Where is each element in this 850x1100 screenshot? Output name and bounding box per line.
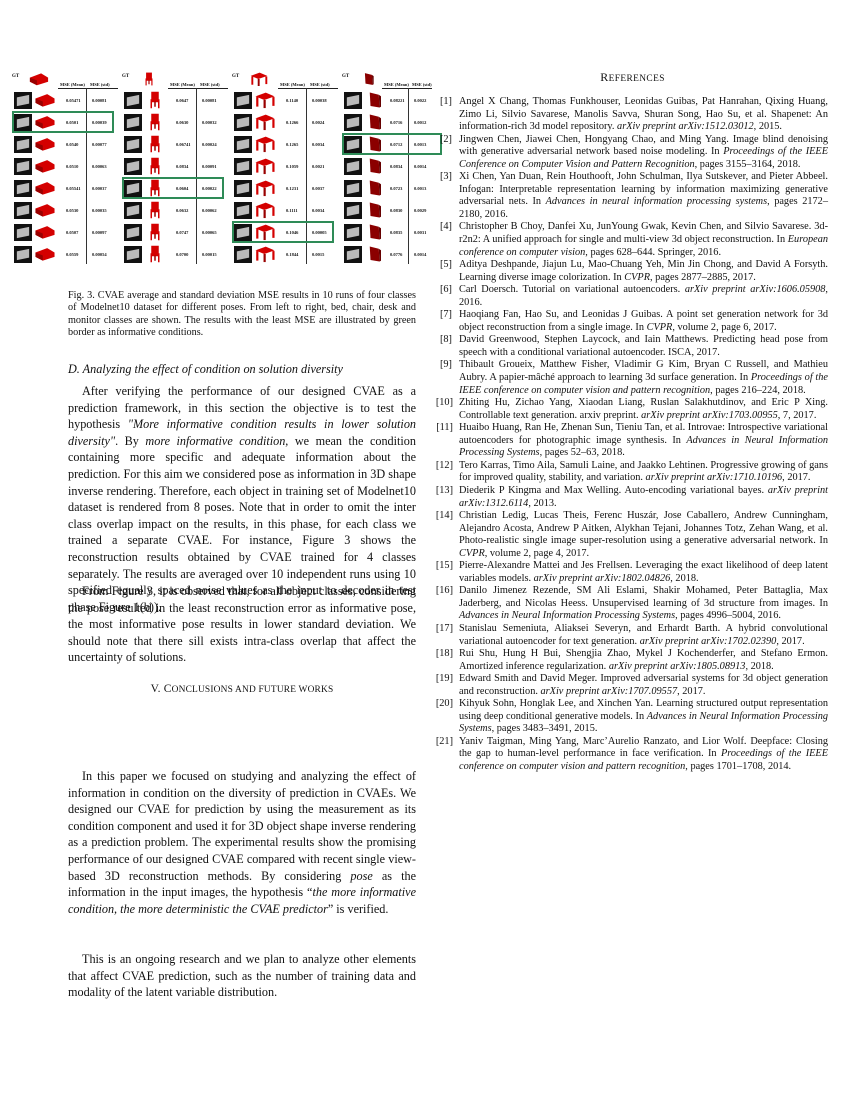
- text: . By: [115, 434, 145, 448]
- mse-std-header: MSE (std): [200, 82, 220, 87]
- gt-label: GT: [122, 74, 129, 79]
- reconstruction-image: [364, 157, 386, 175]
- depth-image: [14, 180, 32, 197]
- mse-mean-value: 0.0835: [390, 230, 402, 235]
- depth-image: [234, 136, 252, 153]
- pose-row: 0.055410.00037: [12, 178, 120, 200]
- reference-number: [2]: [434, 134, 456, 147]
- mse-std-value: 0.00065: [202, 230, 217, 235]
- reference-item: [18]Rui Shu, Hung H Bui, Shengjia Zhao, …: [437, 648, 828, 673]
- pose-row: 0.08300.0029: [342, 200, 434, 222]
- mse-mean-value: 0.05541: [66, 186, 81, 191]
- mse-std-value: 0.00038: [312, 98, 327, 103]
- depth-image: [234, 114, 252, 131]
- reference-venue: arXiv preprint arXiv:1802.04826: [534, 573, 671, 584]
- depth-image: [234, 92, 252, 109]
- ground-truth-bed-image: [26, 72, 52, 86]
- mse-mean-value: 0.0647: [176, 98, 188, 103]
- mse-std-header: MSE (std): [310, 82, 330, 87]
- reconstruction-image: [34, 179, 56, 197]
- mse-std-value: 0.0037: [312, 186, 324, 191]
- reference-venue: arXiv preprint arXiv:1702.02390: [640, 636, 777, 647]
- reference-text: , 2013.: [528, 498, 556, 509]
- pose-row: 0.05400.00077: [12, 134, 120, 156]
- mse-std-value: 0.0014: [414, 164, 426, 169]
- mse-std-value: 0.0034: [312, 142, 324, 147]
- depth-image: [344, 158, 362, 175]
- depth-image: [14, 136, 32, 153]
- figure-panel-bed: GTMSE (Mean)MSE (std)0.054710.000810.050…: [12, 72, 120, 267]
- reference-number: [13]: [429, 485, 457, 498]
- reference-item: [15]Pierre-Alexandre Mattei and Jes Frel…: [437, 560, 828, 585]
- reference-venue: CVPR: [459, 548, 485, 559]
- reference-number: [16]: [429, 585, 457, 598]
- mse-mean-value: 0.1266: [286, 120, 298, 125]
- reference-item: [20]Kihyuk Sohn, Honglak Lee, and Xinche…: [437, 698, 828, 736]
- reference-text: , pages 52–63, 2018.: [540, 447, 625, 458]
- reconstruction-image: [34, 91, 56, 109]
- pose-row: 0.05070.00097: [12, 222, 120, 244]
- depth-image: [124, 224, 142, 241]
- reconstruction-image: [254, 179, 276, 197]
- mse-mean-value: 0.0632: [176, 208, 188, 213]
- reference-item: [17]Stanislau Semeniuta, Aliaksei Severy…: [437, 623, 828, 648]
- pose-row: 0.06320.00062: [122, 200, 230, 222]
- mse-std-value: 0.00054: [92, 252, 107, 257]
- reference-number: [14]: [429, 510, 457, 523]
- mse-mean-value: 0.05471: [66, 98, 81, 103]
- section-d-paragraph-2: From Figure 3, it is observed that, for …: [68, 583, 416, 666]
- reference-item: [3]Xi Chen, Yan Duan, Rein Houthooft, Jo…: [437, 171, 828, 221]
- reference-number: [3]: [434, 171, 456, 184]
- mse-std-value: 0.00032: [202, 120, 217, 125]
- mse-mean-header: MSE (Mean): [170, 82, 195, 87]
- pose-row: 0.06300.00032: [122, 112, 230, 134]
- reconstruction-image: [254, 135, 276, 153]
- reference-item: [12]Tero Karras, Timo Aila, Samuli Laine…: [437, 460, 828, 485]
- reference-venue: CVPR: [624, 272, 650, 283]
- mse-mean-value: 0.0507: [66, 230, 78, 235]
- reference-text: , pages 4996–5004, 2016.: [675, 610, 781, 621]
- mse-mean-value: 0.0834: [390, 164, 402, 169]
- mse-mean-value: 0.0530: [66, 208, 78, 213]
- reference-number: [11]: [429, 422, 457, 435]
- reference-text: Carl Doersch. Tutorial on variational au…: [459, 284, 685, 295]
- mse-mean-header: MSE (Mean): [280, 82, 305, 87]
- pose-row: 0.07760.0014: [342, 244, 434, 266]
- mse-std-value: 0.0034: [312, 208, 324, 213]
- reference-number: [1]: [434, 96, 456, 109]
- figure-panel-chair: GTMSE (Mean)MSE (std)0.06470.000810.0630…: [122, 72, 230, 267]
- reference-item: [13]Diederik P Kingma and Max Welling. A…: [437, 485, 828, 510]
- mse-mean-value: 0.0723: [390, 186, 402, 191]
- pose-row: 0.07230.0013: [342, 178, 434, 200]
- reference-item: [6]Carl Doersch. Tutorial on variational…: [437, 284, 828, 309]
- reference-text: , volume 2, page 4, 2017.: [485, 548, 589, 559]
- depth-image: [234, 180, 252, 197]
- section-d-heading: D. Analyzing the effect of condition on …: [68, 362, 343, 377]
- reconstruction-image: [34, 223, 56, 241]
- pose-row: 0.054710.00081: [12, 90, 120, 112]
- depth-image: [344, 246, 362, 263]
- reference-text: , pages 216–224, 2018.: [710, 385, 806, 396]
- reference-text: , 2017.: [782, 472, 810, 483]
- reconstruction-image: [34, 201, 56, 219]
- reconstruction-image: [254, 245, 276, 263]
- mse-mean-value: 0.1844: [286, 252, 298, 257]
- mse-mean-value: 0.1265: [286, 142, 298, 147]
- mse-mean-value: 0.06741: [176, 142, 191, 147]
- mse-std-value: 0.00077: [92, 142, 107, 147]
- mse-mean-value: 0.0716: [390, 120, 402, 125]
- depth-image: [124, 92, 142, 109]
- reference-text: Danilo Jimenez Rezende, SM Ali Eslami, S…: [459, 585, 828, 609]
- depth-image: [344, 202, 362, 219]
- ground-truth-chair-image: [136, 72, 162, 86]
- reconstruction-image: [254, 113, 276, 131]
- reference-number: [6]: [434, 284, 456, 297]
- header-rule: [58, 88, 118, 89]
- mse-mean-value: 0.0747: [176, 230, 188, 235]
- pose-row: 0.07160.0012: [342, 112, 434, 134]
- mse-std-header: MSE (std): [90, 82, 110, 87]
- mse-std-value: 0.0024: [312, 120, 324, 125]
- reference-item: [1]Angel X Chang, Thomas Funkhouser, Leo…: [437, 96, 828, 134]
- title-initial: R: [600, 70, 608, 84]
- pose-row: 0.12660.0024: [232, 112, 340, 134]
- mse-mean-value: 0.1140: [286, 98, 298, 103]
- reference-text: , 7, 2017.: [778, 410, 817, 421]
- reference-item: [19]Edward Smith and David Meger. Improv…: [437, 673, 828, 698]
- reconstruction-image: [254, 201, 276, 219]
- reference-item: [11]Huaibo Huang, Ran He, Zhenan Sun, Ti…: [437, 422, 828, 460]
- mse-std-value: 0.0014: [414, 252, 426, 257]
- mse-mean-value: 0.1059: [286, 164, 298, 169]
- ground-truth-monitor-image: [356, 72, 382, 86]
- reference-number: [7]: [434, 309, 456, 322]
- mse-mean-value: 0.1111: [286, 208, 298, 213]
- reconstruction-image: [364, 223, 386, 241]
- pose-row: 0.07000.00015: [122, 244, 230, 266]
- mse-std-value: 0.00062: [202, 208, 217, 213]
- mse-std-value: 0.00063: [92, 164, 107, 169]
- ground-truth-desk-image: [246, 72, 272, 86]
- reference-number: [12]: [429, 460, 457, 473]
- depth-image: [14, 246, 32, 263]
- figure-panel-monitor: GTMSE (Mean)MSE (std)0.082210.00220.0716…: [342, 72, 434, 267]
- mse-std-value: 0.0021: [312, 164, 324, 169]
- reference-venue: arXiv preprint arXiv:1512.03012: [617, 121, 754, 132]
- pose-row: 0.10590.0021: [232, 156, 340, 178]
- pose-row: 0.05100.00063: [12, 156, 120, 178]
- reference-text: , pages 3483–3491, 2015.: [492, 723, 598, 734]
- mse-std-value: 0.0012: [414, 120, 426, 125]
- mse-mean-header: MSE (Mean): [384, 82, 409, 87]
- pose-row: 0.18440.0015: [232, 244, 340, 266]
- depth-image: [234, 246, 252, 263]
- header-rule: [382, 88, 432, 89]
- mse-std-value: 0.00024: [202, 142, 217, 147]
- reference-number: [9]: [434, 359, 456, 372]
- reference-number: [15]: [429, 560, 457, 573]
- mse-std-value: 0.00015: [202, 252, 217, 257]
- mse-std-header: MSE (std): [412, 82, 432, 87]
- reference-venue: Advances in Neural Information Processin…: [459, 610, 675, 621]
- mse-mean-value: 0.0559: [66, 252, 78, 257]
- mse-std-value: 0.0015: [312, 252, 324, 257]
- reference-venue: arXiv preprint arXiv:1707.09557: [541, 686, 678, 697]
- reference-item: [21]Yaniv Taigman, Ming Yang, Marc’Aurel…: [437, 736, 828, 774]
- section-v-heading: V. CONCLUSIONS AND FUTURE WORKS: [68, 683, 416, 695]
- gt-label: GT: [232, 74, 239, 79]
- reconstruction-image: [364, 91, 386, 109]
- pose-row: 0.11110.0034: [232, 200, 340, 222]
- section-d-paragraph-1: After verifying the performance of our d…: [68, 383, 416, 615]
- reference-text: , 2015.: [754, 121, 782, 132]
- reference-venue: arXiv preprint arXiv:1710.10196: [646, 472, 783, 483]
- depth-image: [234, 202, 252, 219]
- reference-number: [17]: [429, 623, 457, 636]
- depth-image: [124, 114, 142, 131]
- reference-item: [9]Thibault Groueix, Matthew Fisher, Vla…: [437, 359, 828, 397]
- mse-std-value: 0.00081: [92, 98, 107, 103]
- depth-image: [124, 136, 142, 153]
- depth-image: [344, 180, 362, 197]
- reference-number: [4]: [434, 221, 456, 234]
- reference-venue: arXiv preprint arXiv:1805.08913: [609, 661, 746, 672]
- pose-row: 0.05300.00035: [12, 200, 120, 222]
- reference-number: [20]: [429, 698, 457, 711]
- reference-item: [7]Haoqiang Fan, Hao Su, and Leonidas J …: [437, 309, 828, 334]
- mse-std-value: 0.00037: [92, 186, 107, 191]
- depth-image: [124, 246, 142, 263]
- reference-number: [5]: [434, 259, 456, 272]
- pose-row: 0.11400.00038: [232, 90, 340, 112]
- reference-item: [14]Christian Ledig, Lucas Theis, Ferenc…: [437, 510, 828, 560]
- reference-item: [5]Aditya Deshpande, Jiajun Lu, Mao-Chua…: [437, 259, 828, 284]
- conclusion-paragraph-2: This is an ongoing research and we plan …: [68, 951, 416, 1001]
- depth-image: [344, 114, 362, 131]
- reconstruction-image: [34, 245, 56, 263]
- informative-condition-border: [122, 177, 224, 199]
- reconstruction-image: [144, 91, 166, 109]
- pose-row: 0.082210.0022: [342, 90, 434, 112]
- depth-image: [14, 202, 32, 219]
- mse-mean-value: 0.08221: [390, 98, 405, 103]
- reference-number: [21]: [429, 736, 457, 749]
- reference-text: , pages 2877–2885, 2017.: [650, 272, 756, 283]
- mse-std-value: 0.0013: [414, 186, 426, 191]
- pose-row: 0.05590.00054: [12, 244, 120, 266]
- mse-mean-value: 0.0834: [176, 164, 188, 169]
- reference-venue: arXiv preprint arXiv:1606.05908: [685, 284, 826, 295]
- reconstruction-image: [364, 179, 386, 197]
- reconstruction-image: [144, 201, 166, 219]
- mse-mean-header: MSE (Mean): [60, 82, 85, 87]
- section-number: V. C: [151, 683, 172, 695]
- reference-text: , volume 2, page 6, 2017.: [672, 322, 776, 333]
- depth-image: [14, 158, 32, 175]
- mse-std-value: 0.00097: [92, 230, 107, 235]
- mse-std-value: 0.00035: [92, 208, 107, 213]
- mse-mean-value: 0.0630: [176, 120, 188, 125]
- pose-row: 0.06470.00081: [122, 90, 230, 112]
- pose-row: 0.067410.00024: [122, 134, 230, 156]
- depth-image: [124, 158, 142, 175]
- reconstruction-image: [34, 157, 56, 175]
- mse-mean-value: 0.0830: [390, 208, 402, 213]
- mse-std-value: 0.0031: [414, 230, 426, 235]
- emphasis: more informative condition: [145, 434, 285, 448]
- header-rule: [278, 88, 338, 89]
- reconstruction-image: [144, 223, 166, 241]
- reference-list: [1]Angel X Chang, Thomas Funkhouser, Leo…: [437, 96, 828, 774]
- reconstruction-image: [144, 135, 166, 153]
- depth-image: [344, 224, 362, 241]
- title-rest: EFERENCES: [609, 74, 665, 84]
- reference-text: , 2018.: [745, 661, 773, 672]
- mse-std-value: 0.00091: [202, 164, 217, 169]
- reference-venue: arXiv preprint arXiv:1703.00955: [641, 410, 778, 421]
- pose-row: 0.12310.0037: [232, 178, 340, 200]
- mse-std-value: 0.0022: [414, 98, 426, 103]
- reconstruction-image: [144, 113, 166, 131]
- gt-label: GT: [12, 74, 19, 79]
- reference-item: [10]Zhiting Hu, Zichao Yang, Xiaodan Lia…: [437, 397, 828, 422]
- reference-item: [16]Danilo Jimenez Rezende, SM Ali Eslam…: [437, 585, 828, 623]
- pose-row: 0.08340.0014: [342, 156, 434, 178]
- depth-image: [344, 92, 362, 109]
- pose-row: 0.08350.0031: [342, 222, 434, 244]
- section-title: ONCLUSIONS AND FUTURE WORKS: [172, 685, 334, 695]
- references-heading: REFERENCES: [437, 70, 828, 85]
- text: ” is verified.: [328, 902, 389, 916]
- reference-text: , pages 628–644. Springer, 2016.: [585, 247, 721, 258]
- mse-mean-value: 0.0776: [390, 252, 402, 257]
- mse-mean-value: 0.0510: [66, 164, 78, 169]
- figure-3: GTMSE (Mean)MSE (std)0.054710.000810.050…: [12, 72, 432, 272]
- reconstruction-image: [144, 157, 166, 175]
- mse-mean-value: 0.0540: [66, 142, 78, 147]
- emphasis: pose: [350, 869, 372, 883]
- gt-label: GT: [342, 74, 349, 79]
- depth-image: [124, 202, 142, 219]
- depth-image: [14, 224, 32, 241]
- reference-number: [19]: [429, 673, 457, 686]
- reference-number: [8]: [434, 334, 456, 347]
- reference-number: [18]: [429, 648, 457, 661]
- reconstruction-image: [254, 157, 276, 175]
- reference-text: Christopher B Choy, Danfei Xu, JunYoung …: [459, 221, 828, 245]
- reference-item: [2]Jingwen Chen, Jiawei Chen, Hongyang C…: [437, 134, 828, 172]
- reference-text: David Greenwood, Stephen Laycock, and Ia…: [459, 334, 828, 358]
- depth-image: [234, 158, 252, 175]
- mse-std-value: 0.00081: [202, 98, 217, 103]
- reference-text: , pages 3155–3164, 2018.: [695, 159, 801, 170]
- text: In this paper we focused on studying and…: [68, 769, 416, 883]
- informative-condition-border: [12, 111, 114, 133]
- conclusion-paragraph-1: In this paper we focused on studying and…: [68, 768, 416, 917]
- figure-caption: Fig. 3. CVAE average and standard deviat…: [68, 290, 416, 340]
- reference-text: , pages 1701–1708, 2014.: [685, 761, 791, 772]
- pose-row: 0.12650.0034: [232, 134, 340, 156]
- reference-item: [8]David Greenwood, Stephen Laycock, and…: [437, 334, 828, 359]
- reference-venue: CVPR: [647, 322, 673, 333]
- informative-condition-border: [342, 133, 442, 155]
- reconstruction-image: [364, 245, 386, 263]
- reference-text: , 2017.: [776, 636, 804, 647]
- reconstruction-image: [34, 135, 56, 153]
- reconstruction-image: [364, 201, 386, 219]
- reconstruction-image: [254, 91, 276, 109]
- reference-text: , 2017.: [677, 686, 705, 697]
- informative-condition-border: [232, 221, 334, 243]
- pose-row: 0.07470.00065: [122, 222, 230, 244]
- reference-venue: Advances in neural information processin…: [546, 196, 767, 207]
- reference-text: Christian Ledig, Lucas Theis, Ferenc Hus…: [459, 510, 828, 546]
- reconstruction-image: [364, 113, 386, 131]
- reconstruction-image: [144, 245, 166, 263]
- reference-number: [10]: [429, 397, 457, 410]
- mse-std-value: 0.0029: [414, 208, 426, 213]
- reference-item: [4]Christopher B Choy, Danfei Xu, JunYou…: [437, 221, 828, 259]
- mse-mean-value: 0.0700: [176, 252, 188, 257]
- reference-text: Diederik P Kingma and Max Welling. Auto-…: [459, 485, 768, 496]
- pose-row: 0.08340.00091: [122, 156, 230, 178]
- reference-text: , 2018.: [670, 573, 698, 584]
- mse-mean-value: 0.1231: [286, 186, 298, 191]
- figure-panel-desk: GTMSE (Mean)MSE (std)0.11400.000380.1266…: [232, 72, 340, 267]
- depth-image: [14, 92, 32, 109]
- header-rule: [168, 88, 228, 89]
